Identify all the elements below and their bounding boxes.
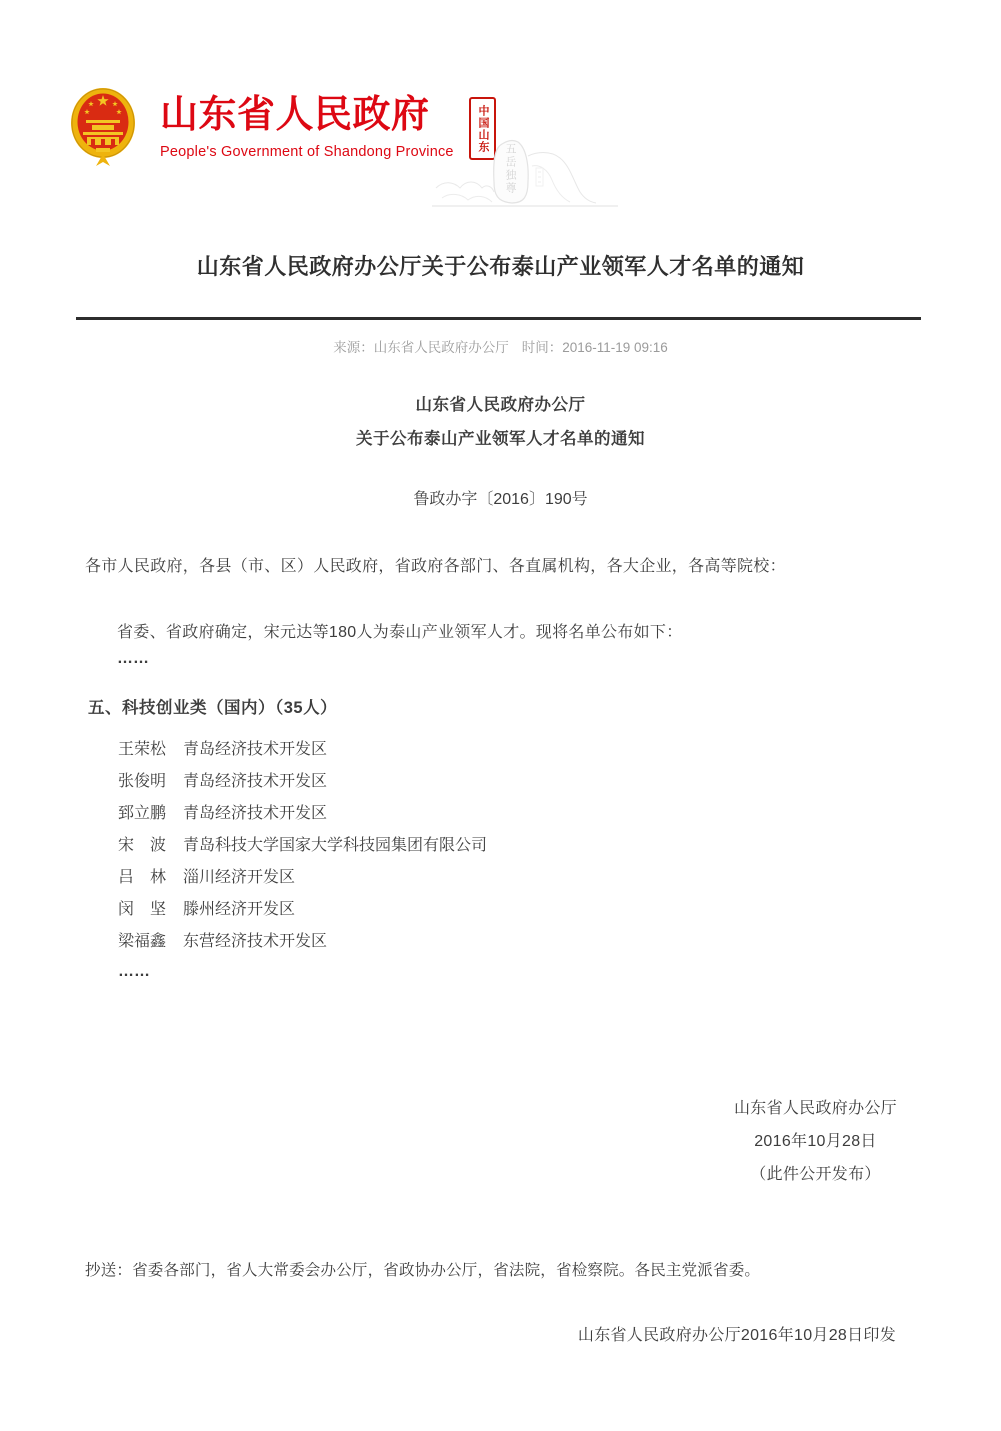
talent-name: 张俊明 [118, 766, 166, 798]
site-name-cn: 山东省人民政府 [160, 96, 454, 134]
ellipsis: …… [118, 963, 150, 981]
talent-affiliation: 淄川经济开发区 [183, 869, 295, 886]
talent-row: 闵 坚滕州经济开发区 [118, 894, 487, 926]
signature-note: （此件公开发布） [734, 1158, 897, 1191]
talent-row: 梁福鑫东营经济技术开发区 [118, 926, 487, 958]
talent-affiliation: 青岛经济技术开发区 [183, 741, 327, 758]
source-label: 来源：山东省人民政府办公厅 [333, 340, 509, 355]
source-line: 来源：山东省人民政府办公厅时间：2016-11-19 09:16 [0, 336, 1001, 356]
talent-row: 张俊明青岛经济技术开发区 [118, 766, 487, 798]
signature-date: 2016年10月28日 [734, 1125, 897, 1158]
talent-row: 郅立鹏青岛经济技术开发区 [118, 798, 487, 830]
site-brand: 山东省人民政府 People's Government of Shandong … [160, 86, 454, 160]
ellipsis: …… [85, 650, 149, 668]
talent-name: 宋 波 [118, 830, 166, 862]
site-name-en: People's Government of Shandong Province [160, 144, 454, 160]
mount-tai-watermark: 五岳独尊 [432, 136, 618, 208]
talent-affiliation: 青岛经济技术开发区 [183, 773, 327, 790]
watermark-text: 五岳独尊 [504, 143, 515, 203]
doc-title-line1: 山东省人民政府办公厅 [0, 391, 1001, 415]
salutation: 各市人民政府，各县（市、区）人民政府，省政府各部门、各直属机构，各大企业，各高等… [85, 553, 926, 576]
talent-row: 宋 波青岛科技大学国家大学科技园集团有限公司 [118, 830, 487, 862]
talent-row: 王荣松青岛经济技术开发区 [118, 734, 487, 766]
body-paragraph: 省委、省政府确定，宋元达等180人为泰山产业领军人才。现将名单公布如下： [85, 619, 926, 642]
doc-title-line2: 关于公布泰山产业领军人才名单的通知 [0, 425, 1001, 449]
doc-number: 鲁政办字〔2016〕190号 [0, 486, 1001, 509]
section-heading: 五、科技创业类（国内）（35人） [88, 694, 337, 718]
talent-affiliation: 青岛科技大学国家大学科技园集团有限公司 [183, 837, 487, 854]
time-label: 时间：2016-11-19 09:16 [522, 340, 668, 355]
title-divider [76, 317, 921, 320]
signature-office: 山东省人民政府办公厅 [734, 1092, 897, 1125]
talent-affiliation: 东营经济技术开发区 [183, 933, 327, 950]
cc-line: 抄送：省委各部门，省人大常委会办公厅，省政协办公厅，省法院，省检察院。各民主党派… [85, 1258, 926, 1280]
talent-name: 王荣松 [118, 734, 166, 766]
talent-name: 吕 林 [118, 862, 166, 894]
site-header: 山东省人民政府 People's Government of Shandong … [70, 86, 454, 168]
signature-block: 山东省人民政府办公厅 2016年10月28日 （此件公开发布） [734, 1092, 897, 1191]
talent-name: 郅立鹏 [118, 798, 166, 830]
talent-name: 梁福鑫 [118, 926, 166, 958]
print-line: 山东省人民政府办公厅2016年10月28日印发 [0, 1322, 896, 1345]
talent-affiliation: 滕州经济开发区 [183, 901, 295, 918]
talent-row: 吕 林淄川经济开发区 [118, 862, 487, 894]
national-emblem-icon [70, 86, 136, 168]
page-title: 山东省人民政府办公厅关于公布泰山产业领军人才名单的通知 [0, 250, 1001, 281]
talent-name: 闵 坚 [118, 894, 166, 926]
talent-affiliation: 青岛经济技术开发区 [183, 805, 327, 822]
talent-list: 王荣松青岛经济技术开发区 张俊明青岛经济技术开发区 郅立鹏青岛经济技术开发区 宋… [118, 734, 487, 958]
page: 山东省人民政府 People's Government of Shandong … [0, 0, 1001, 1431]
mountain-sketch-icon [432, 136, 618, 208]
